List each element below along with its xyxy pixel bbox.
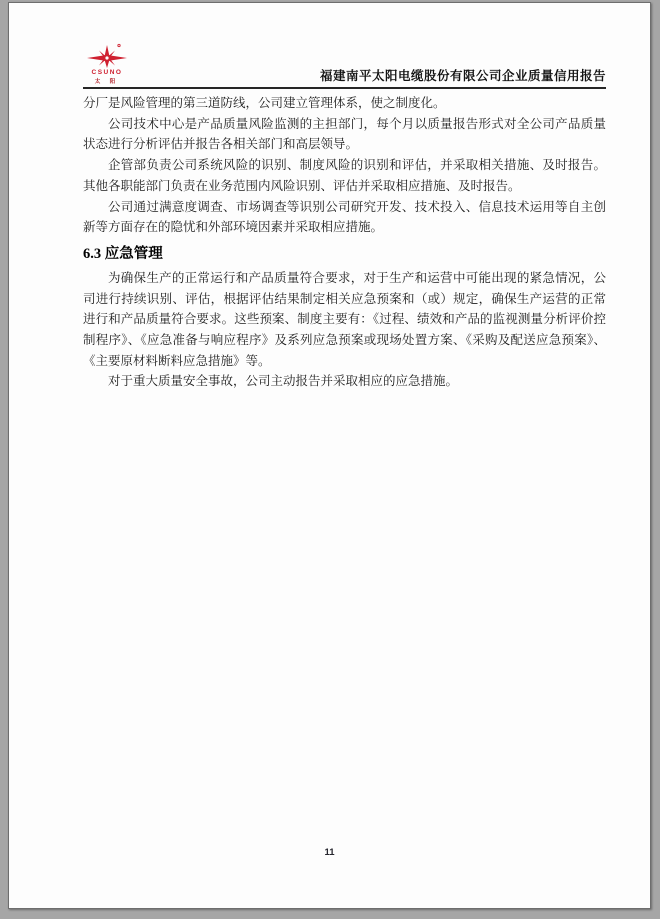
company-logo: CSUNO 太 阳 xyxy=(83,41,131,85)
paragraph: 分厂是风险管理的第三道防线，公司建立管理体系，使之制度化。 xyxy=(83,93,606,114)
paragraph: 对于重大质量安全事故，公司主动报告并采取相应的应急措施。 xyxy=(83,371,606,392)
paragraph: 为确保生产的正常运行和产品质量符合要求，对于生产和运营中可能出现的紧急情况，公司… xyxy=(83,268,606,372)
sunburst-logo-icon xyxy=(86,41,128,69)
page-number: 11 xyxy=(9,847,650,858)
document-page: CSUNO 太 阳 福建南平太阳电缆股份有限公司企业质量信用报告 分厂是风险管理… xyxy=(8,2,651,909)
paragraph: 公司通过满意度调查、市场调查等识别公司研究开发、技术投入、信息技术运用等自主创新… xyxy=(83,197,606,238)
document-body: 分厂是风险管理的第三道防线，公司建立管理体系，使之制度化。 公司技术中心是产品质… xyxy=(83,89,606,392)
section-heading: 6.3 应急管理 xyxy=(83,244,606,264)
page-header: CSUNO 太 阳 福建南平太阳电缆股份有限公司企业质量信用报告 xyxy=(83,3,606,89)
logo-brand-text: CSUNO xyxy=(83,70,131,77)
paragraph: 公司技术中心是产品质量风险监测的主担部门，每个月以质量报告形式对全公司产品质量状… xyxy=(83,114,606,155)
content-area: CSUNO 太 阳 福建南平太阳电缆股份有限公司企业质量信用报告 分厂是风险管理… xyxy=(83,3,606,392)
paragraph: 企管部负责公司系统风险的识别、制度风险的识别和评估，并采取相关措施、及时报告。其… xyxy=(83,155,606,196)
report-title: 福建南平太阳电缆股份有限公司企业质量信用报告 xyxy=(320,66,606,84)
logo-sub-label: 太 阳 xyxy=(83,80,131,86)
